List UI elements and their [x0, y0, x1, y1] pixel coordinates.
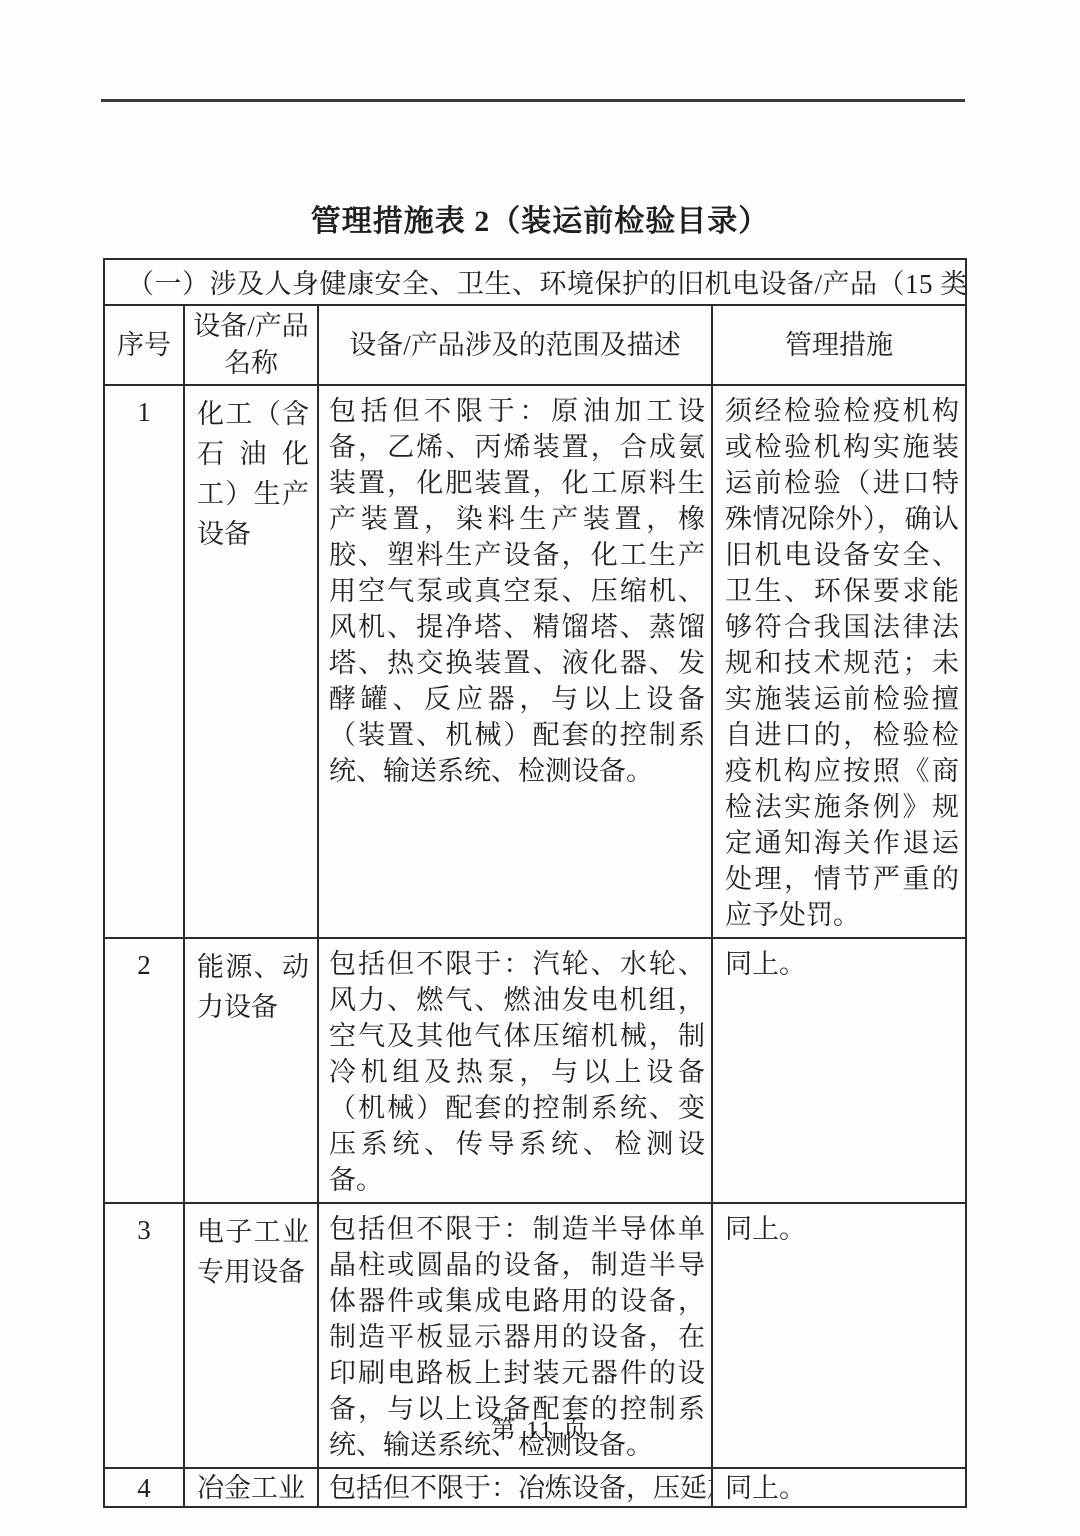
page-number: 第 11 页 — [0, 1410, 1080, 1446]
table-row: 1 化工（含石油化工）生产设备 包括但不限于：原油加工设备，乙烯、丙烯装置，合成… — [104, 385, 966, 938]
cell-product-name: 冶金工业 — [184, 1468, 318, 1507]
column-header-name: 设备/产品名称 — [184, 305, 318, 385]
page-title: 管理措施表 2（装运前检验目录） — [0, 196, 1080, 240]
cell-product-name: 化工（含石油化工）生产设备 — [184, 385, 318, 938]
document-page: 管理措施表 2（装运前检验目录） （一）涉及人身健康安全、卫生、环境保护的旧机电… — [0, 0, 1080, 1536]
column-header-scope: 设备/产品涉及的范围及描述 — [318, 305, 712, 385]
column-header-no: 序号 — [104, 305, 184, 385]
cell-row-number: 4 — [104, 1468, 184, 1507]
section-header-row: （一）涉及人身健康安全、卫生、环境保护的旧机电设备/产品（15 类） — [104, 259, 966, 305]
table-row: 2 能源、动力设备 包括但不限于：汽轮、水轮、风力、燃气、燃油发电机组，空气及其… — [104, 938, 966, 1203]
column-header-measure: 管理措施 — [712, 305, 966, 385]
table-section-header: （一）涉及人身健康安全、卫生、环境保护的旧机电设备/产品（15 类） — [104, 259, 966, 305]
table-row: 4 冶金工业 包括但不限于：冶炼设备，压延加 同上。 — [104, 1468, 966, 1507]
cell-scope-description: 包括但不限于：原油加工设备，乙烯、丙烯装置，合成氨装置，化肥装置，化工原料生产装… — [318, 385, 712, 938]
management-measures-table: （一）涉及人身健康安全、卫生、环境保护的旧机电设备/产品（15 类） 序号 设备… — [103, 258, 967, 1508]
column-header-row: 序号 设备/产品名称 设备/产品涉及的范围及描述 管理措施 — [104, 305, 966, 385]
cell-management-measure: 同上。 — [712, 1468, 966, 1507]
cell-row-number: 2 — [104, 938, 184, 1203]
cell-scope-description: 包括但不限于：冶炼设备，压延加 — [318, 1468, 712, 1507]
cell-scope-description: 包括但不限于：汽轮、水轮、风力、燃气、燃油发电机组，空气及其他气体压缩机械，制冷… — [318, 938, 712, 1203]
header-rule — [101, 99, 965, 102]
cell-management-measure: 同上。 — [712, 938, 966, 1203]
cell-row-number: 1 — [104, 385, 184, 938]
cell-product-name: 能源、动力设备 — [184, 938, 318, 1203]
cell-management-measure: 须经检验检疫机构或检验机构实施装运前检验（进口特殊情况除外），确认旧机电设备安全… — [712, 385, 966, 938]
